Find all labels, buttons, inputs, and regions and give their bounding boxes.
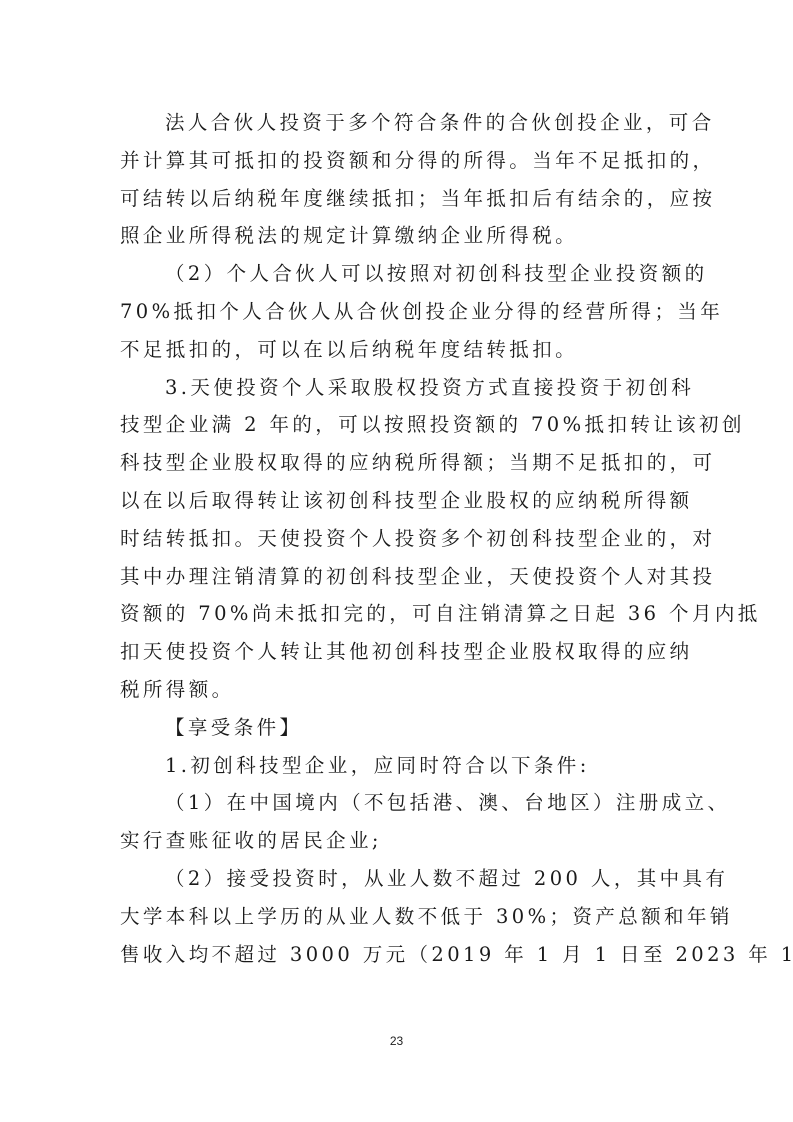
text-line: 以在以后取得转让该初创科技型企业股权的应纳税所得额: [120, 482, 676, 520]
body-text: 法人合伙人投资于多个符合条件的合伙创投企业，可合 并计算其可抵扣的投资额和分得的…: [120, 104, 676, 973]
text-line: 其中办理注销清算的初创科技型企业，天使投资个人对其投: [120, 558, 676, 596]
text-line: 时结转抵扣。天使投资个人投资多个初创科技型企业的，对: [120, 520, 676, 558]
text-line: 技型企业满 2 年的，可以按照投资额的 70%抵扣转让该初创: [120, 406, 676, 444]
text-line: 实行查账征收的居民企业;: [120, 822, 676, 860]
text-line: 照企业所得税法的规定计算缴纳企业所得税。: [120, 217, 676, 255]
text-line: 不足抵扣的，可以在以后纳税年度结转抵扣。: [120, 331, 676, 369]
text-line: 3.天使投资个人采取股权投资方式直接投资于初创科: [120, 369, 676, 407]
text-line: 税所得额。: [120, 671, 676, 709]
section-heading: 【享受条件】: [120, 709, 676, 747]
text-line: （2）接受投资时，从业人数不超过 200 人，其中具有: [120, 860, 676, 898]
text-line: 扣天使投资个人转让其他初创科技型企业股权取得的应纳: [120, 633, 676, 671]
text-line: 可结转以后纳税年度继续抵扣；当年抵扣后有结余的，应按: [120, 180, 676, 218]
text-line: （1）在中国境内（不包括港、澳、台地区）注册成立、: [120, 784, 676, 822]
text-line: 1.初创科技型企业，应同时符合以下条件:: [120, 747, 676, 785]
text-line: （2）个人合伙人可以按照对初创科技型企业投资额的: [120, 255, 676, 293]
document-page: 法人合伙人投资于多个符合条件的合伙创投企业，可合 并计算其可抵扣的投资额和分得的…: [0, 0, 793, 1122]
text-line: 70%抵扣个人合伙人从合伙创投企业分得的经营所得；当年: [120, 293, 676, 331]
text-line: 大学本科以上学历的从业人数不低于 30%；资产总额和年销: [120, 898, 676, 936]
text-line: 法人合伙人投资于多个符合条件的合伙创投企业，可合: [120, 104, 676, 142]
text-line: 并计算其可抵扣的投资额和分得的所得。当年不足抵扣的，: [120, 142, 676, 180]
text-line: 科技型企业股权取得的应纳税所得额；当期不足抵扣的，可: [120, 444, 676, 482]
text-line: 售收入均不超过 3000 万元（2019 年 1 月 1 日至 2023 年 1…: [120, 936, 676, 974]
page-number: 23: [0, 1034, 793, 1048]
text-line: 资额的 70%尚未抵扣完的，可自注销清算之日起 36 个月内抵: [120, 595, 676, 633]
